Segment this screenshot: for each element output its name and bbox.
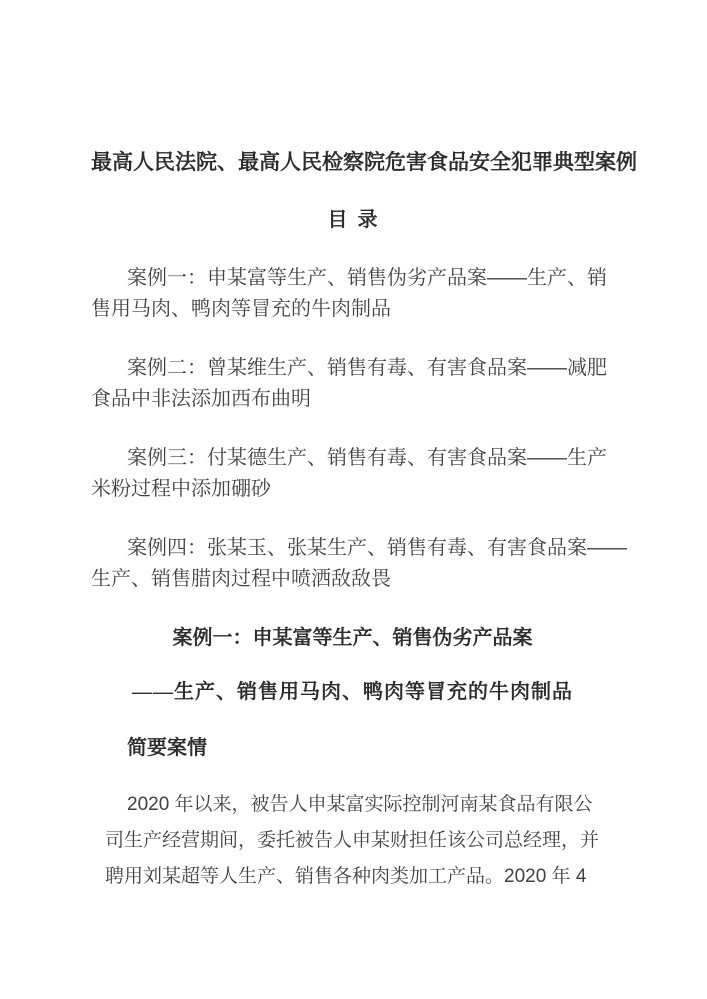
document-page: 最高人民法院、最高人民检察院危害食品安全犯罪典型案例 目 录 案例一：申某富等生…: [0, 0, 707, 999]
toc-item-case4: 案例四：张某玉、张某生产、销售有毒、有害食品案—— 生产、销售腊肉过程中喷洒敌敌…: [91, 533, 614, 595]
toc-item-case2: 案例二：曾某维生产、销售有毒、有害食品案——减肥 食品中非法添加西布曲明: [91, 353, 614, 415]
case1-subtitle: ——生产、销售用马肉、鸭肉等冒充的牛肉制品: [91, 677, 614, 708]
case1-brief-facts-heading: 简要案情: [127, 733, 614, 764]
case1-body-paragraph: 2020 年以来，被告人申某富实际控制河南某食品有限公 司生产经营期间，委托被告…: [105, 787, 614, 895]
document-title: 最高人民法院、最高人民检察院危害食品安全犯罪典型案例: [91, 147, 614, 178]
toc-item-case3: 案例三：付某德生产、销售有毒、有害食品案——生产 米粉过程中添加硼砂: [91, 443, 614, 505]
case1-heading: 案例一：申某富等生产、销售伪劣产品案: [91, 623, 614, 654]
toc-heading: 目 录: [91, 205, 614, 236]
toc-item-case1: 案例一：申某富等生产、销售伪劣产品案——生产、销 售用马肉、鸭肉等冒充的牛肉制品: [91, 263, 614, 325]
